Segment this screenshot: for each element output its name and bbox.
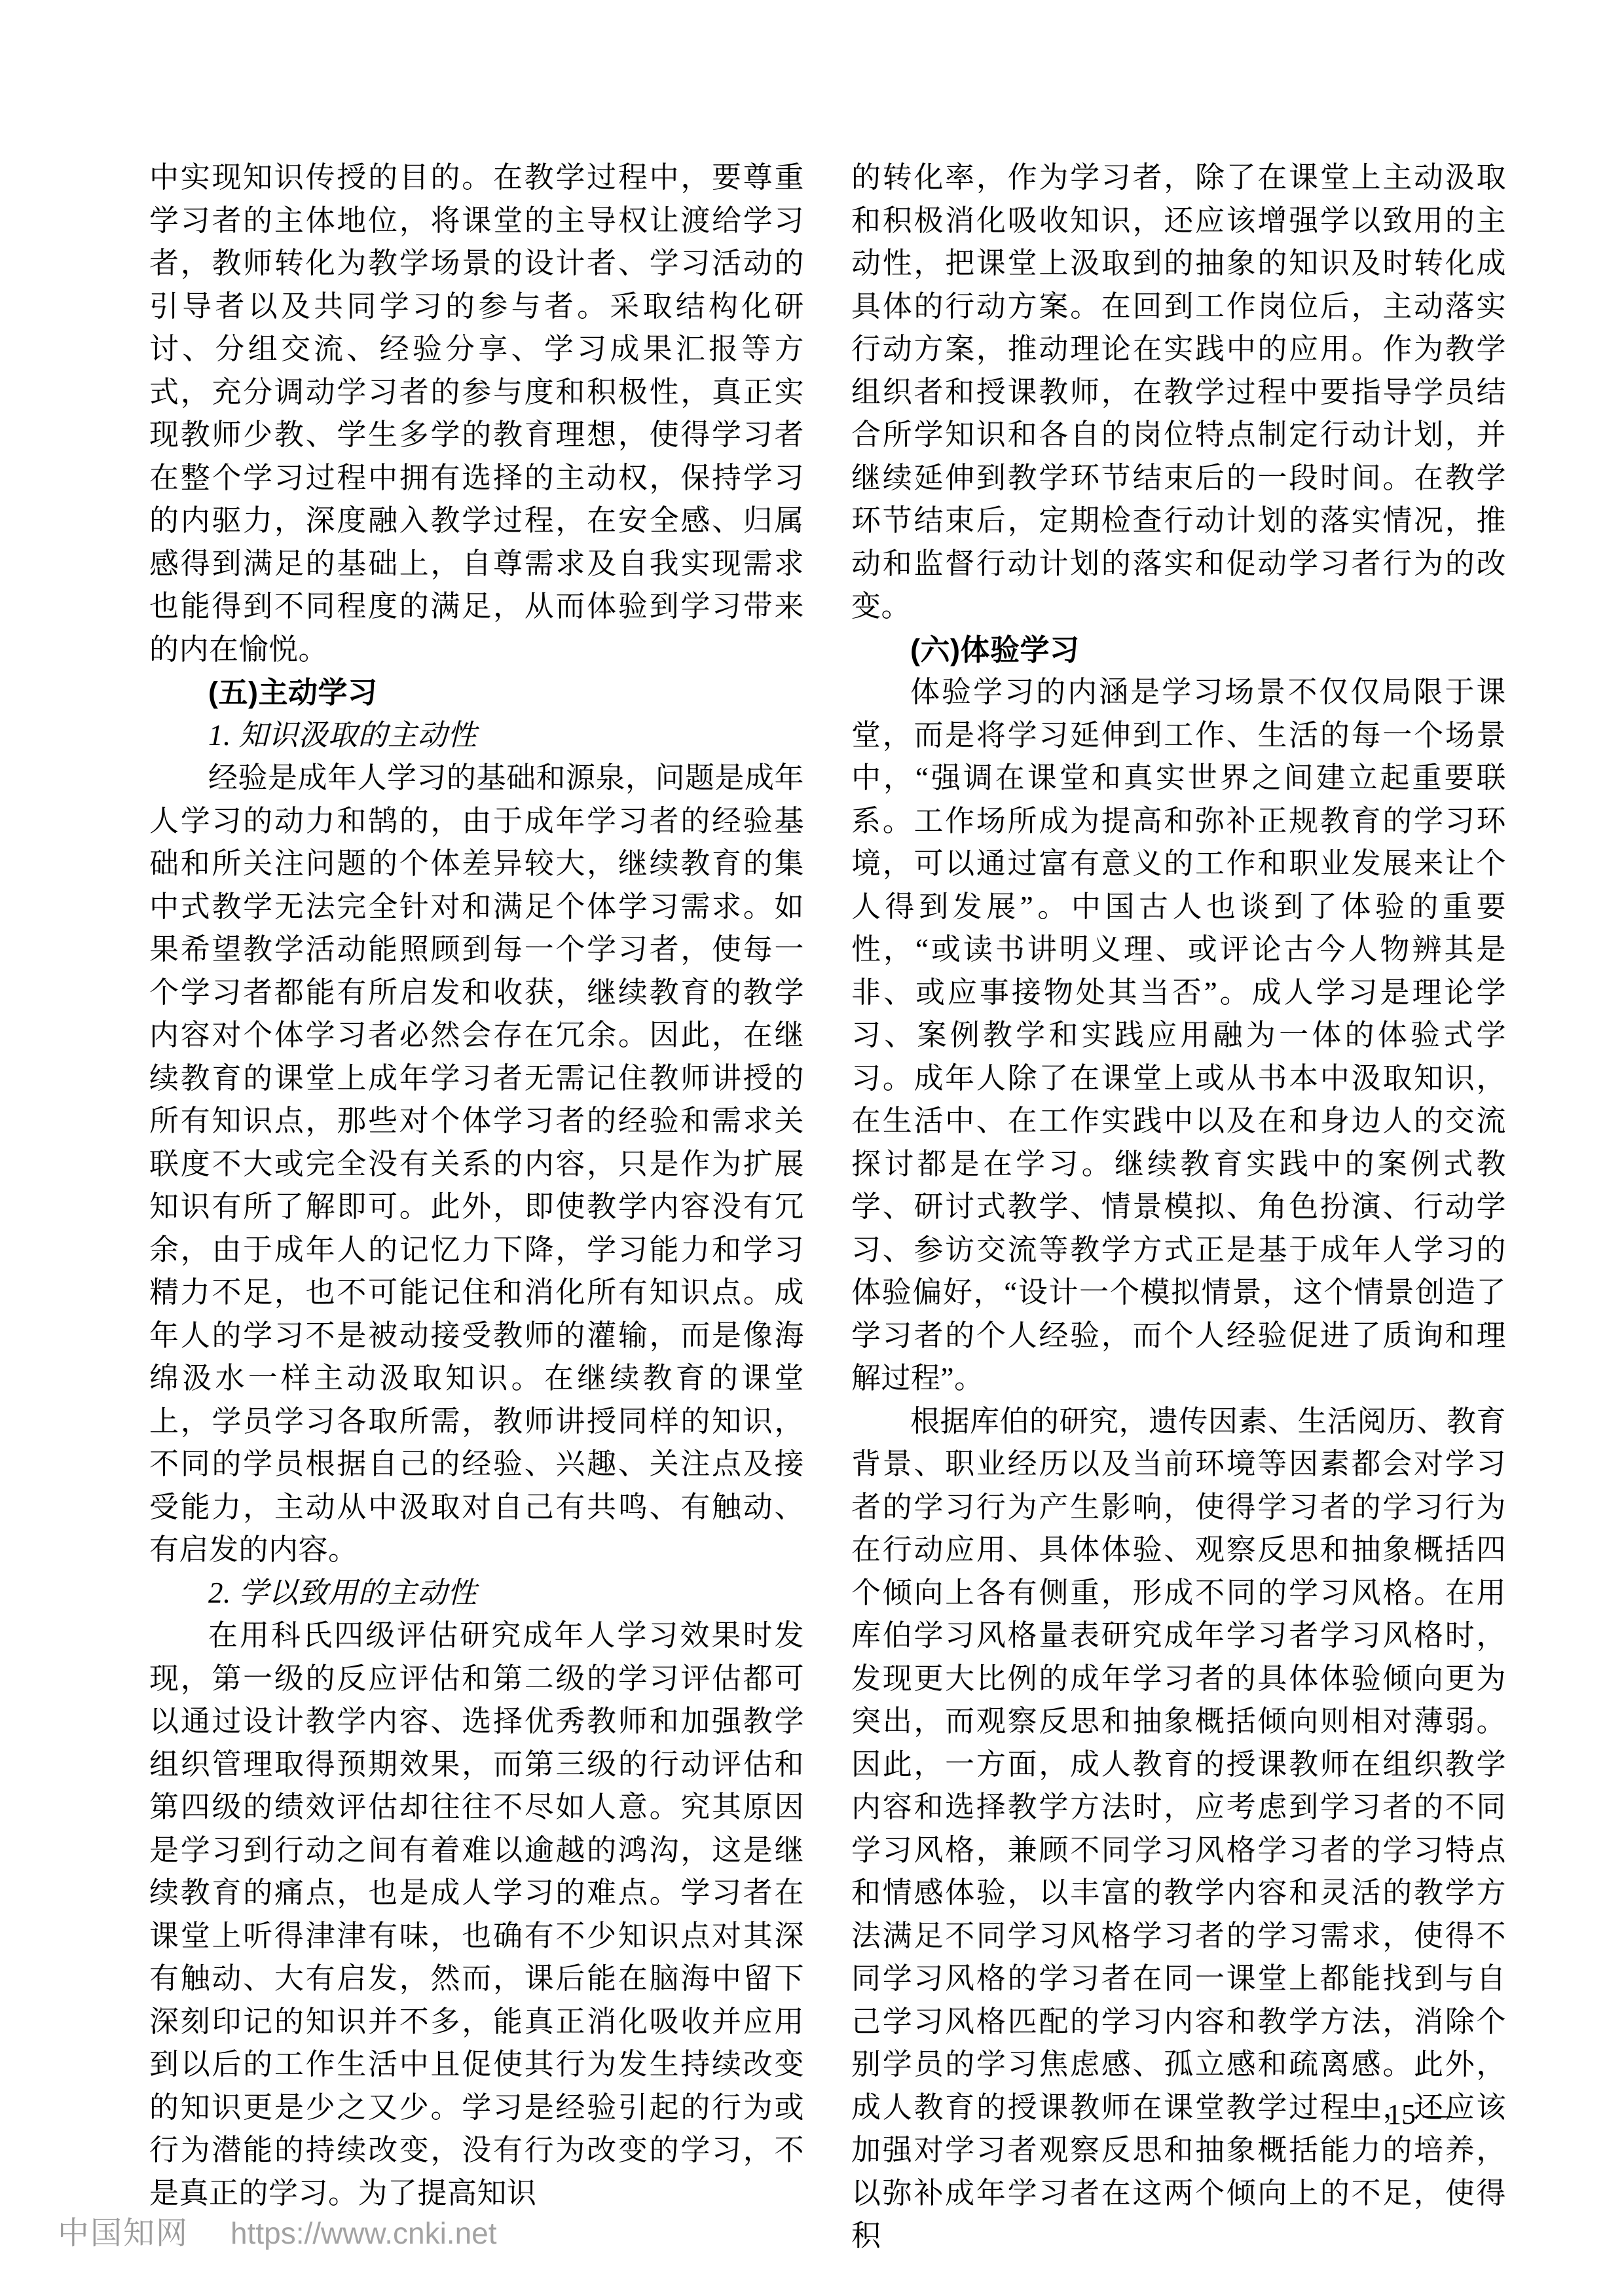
- cnki-url-watermark: https://www.cnki.net: [231, 2215, 497, 2251]
- page-number: — 15 —: [1310, 2095, 1493, 2134]
- watermark-footer: 中国知网 https://www.cnki.net: [58, 2208, 497, 2253]
- section-heading: (六)体验学习: [851, 629, 1506, 672]
- body-paragraph: 经验是成年人学习的基础和源泉，问题是成年人学习的动力和鹄的，由于成年学习者的经验…: [149, 757, 804, 1572]
- body-paragraph: 的转化率，作为学习者，除了在课堂上主动汲取和积极消化吸收知识，还应该增强学以致用…: [851, 156, 1506, 629]
- text-column-right: 的转化率，作为学习者，除了在课堂上主动汲取和积极消化吸收知识，还应该增强学以致用…: [851, 156, 1506, 2258]
- document-page: 中实现知识传授的目的。在教学过程中，要尊重学习者的主体地位，将课堂的主导权让渡给…: [0, 0, 1624, 2296]
- body-paragraph: 在用科氏四级评估研究成年人学习效果时发现，第一级的反应评估和第二级的学习评估都可…: [149, 1614, 804, 2215]
- body-paragraph: 体验学习的内涵是学习场景不仅仅局限于课堂，而是将学习延伸到工作、生活的每一个场景…: [851, 671, 1506, 1400]
- cnki-brand-watermark: 中国知网: [58, 2208, 189, 2253]
- text-column-left: 中实现知识传授的目的。在教学过程中，要尊重学习者的主体地位，将课堂的主导权让渡给…: [149, 156, 804, 2215]
- section-heading: (五)主动学习: [149, 671, 804, 714]
- sub-section-heading: 2. 学以致用的主动性: [149, 1572, 804, 1615]
- sub-section-heading: 1. 知识汲取的主动性: [149, 714, 804, 757]
- body-paragraph: 中实现知识传授的目的。在教学过程中，要尊重学习者的主体地位，将课堂的主导权让渡给…: [149, 156, 804, 671]
